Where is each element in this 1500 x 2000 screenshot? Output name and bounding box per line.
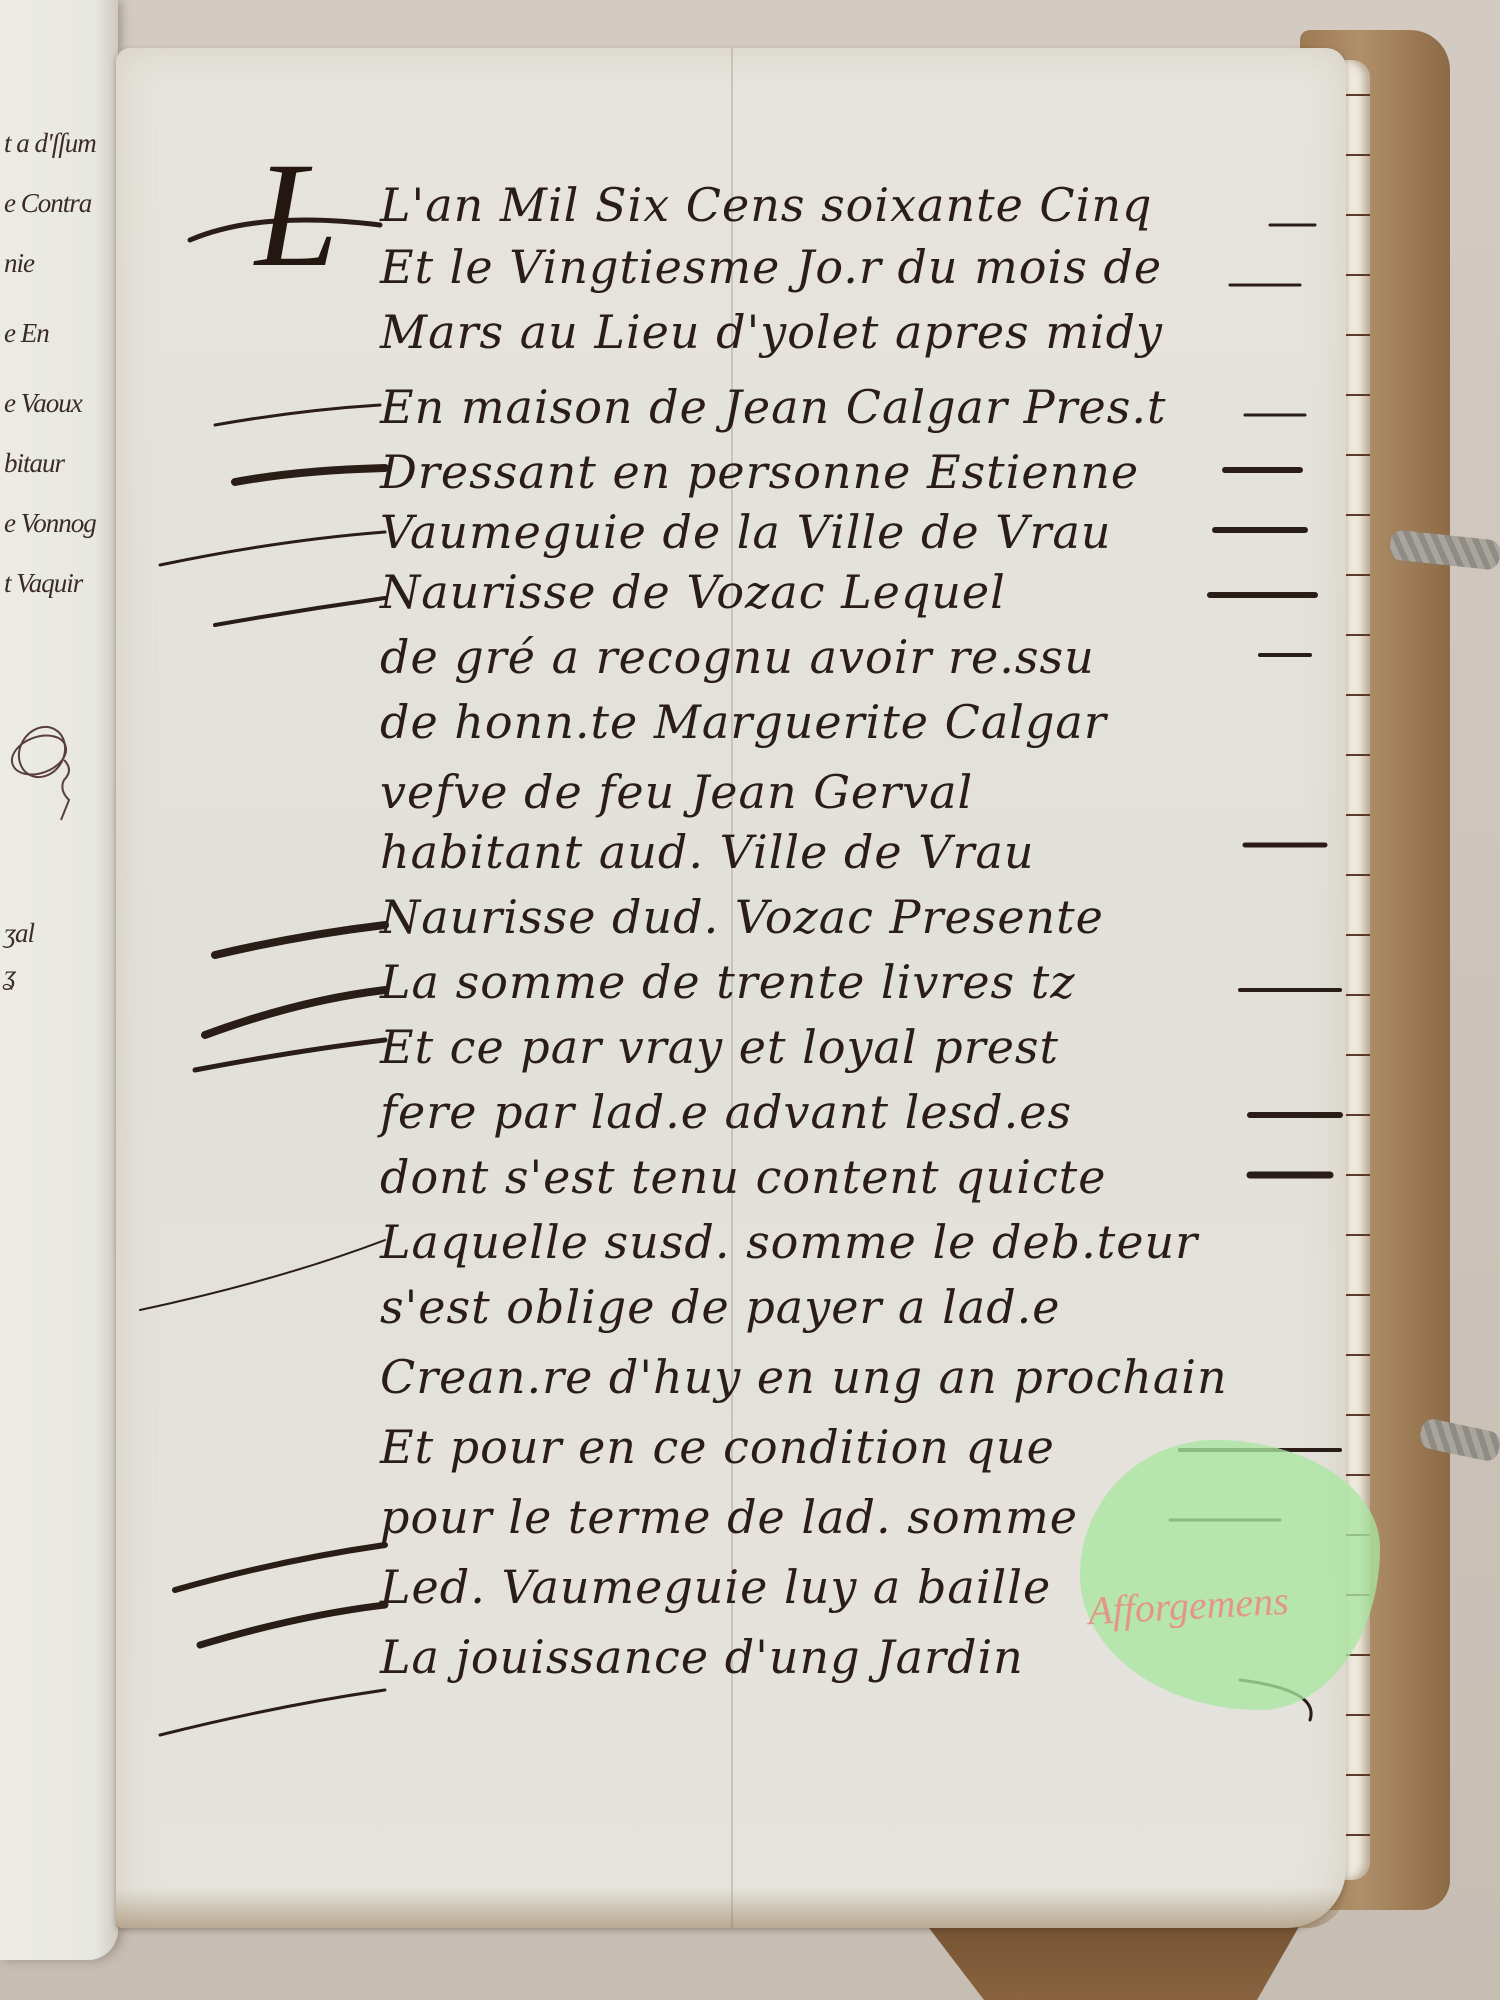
manuscript-line: s'est oblige de payer a lad.e <box>380 1280 1061 1334</box>
flourish-icon <box>4 710 84 830</box>
margin-text: t a d'ſſum <box>4 128 96 159</box>
manuscript-line: Laquelle susd. somme le deb.teur <box>380 1215 1198 1269</box>
manuscript-line: fere par lad.e advant lesd.es <box>380 1085 1072 1139</box>
manuscript-line: Naurisse dud. Vozac Presente <box>380 890 1104 944</box>
manuscript-line: dont s'est tenu content quicte <box>380 1150 1106 1204</box>
manuscript-line: Et le Vingtiesme Jo.r du mois de <box>380 240 1162 294</box>
manuscript-line: Dressant en personne Estienne <box>380 445 1139 499</box>
page-bottom-stain <box>116 1888 1346 1928</box>
margin-text: e En <box>4 318 49 349</box>
margin-text: ʒal <box>4 918 34 949</box>
manuscript-line: Vaumeguie de la Ville de Vrau <box>380 505 1112 559</box>
manuscript-line: Crean.re d'huy en ung an prochain <box>380 1350 1228 1404</box>
manuscript-line: de honn.te Marguerite Calgar <box>380 695 1107 749</box>
manuscript-line: de gré a recognu avoir re.ssu <box>380 630 1095 684</box>
facing-page-fragment: t a d'ſſum e Contra nie e En e Vaoux bit… <box>0 0 118 1960</box>
margin-text: t Vaquir <box>4 568 82 599</box>
manuscript-line: Mars au Lieu d'yolet apres midy <box>380 305 1163 359</box>
manuscript-line: habitant aud. Ville de Vrau <box>380 825 1035 879</box>
margin-text: e Contra <box>4 188 91 219</box>
manuscript-line: Et ce par vray et loyal prest <box>380 1020 1059 1074</box>
margin-text: e Vaoux <box>4 388 82 419</box>
margin-text: nie <box>4 248 34 279</box>
manuscript-line: pour le terme de lad. somme <box>380 1490 1078 1544</box>
margin-text: bitaur <box>4 448 64 479</box>
manuscript-line: Et pour en ce condition que <box>380 1420 1055 1474</box>
manuscript-line: Naurisse de Vozac Lequel <box>380 565 1006 619</box>
manuscript-line: L'an Mil Six Cens soixante Cinq <box>380 178 1152 232</box>
margin-text: e Vonnog <box>4 508 96 539</box>
illuminated-initial: L <box>255 140 338 290</box>
manuscript-line: En maison de Jean Calgar Pres.t <box>380 380 1166 434</box>
margin-text: ʓ <box>4 960 15 991</box>
manuscript-line: vefve de feu Jean Gerval <box>380 765 973 819</box>
manuscript-line: Led. Vaumeguie luy a baille <box>380 1560 1051 1614</box>
manuscript-line: La somme de trente livres tz <box>380 955 1076 1009</box>
manuscript-line: La jouissance d'ung Jardin <box>380 1630 1024 1684</box>
